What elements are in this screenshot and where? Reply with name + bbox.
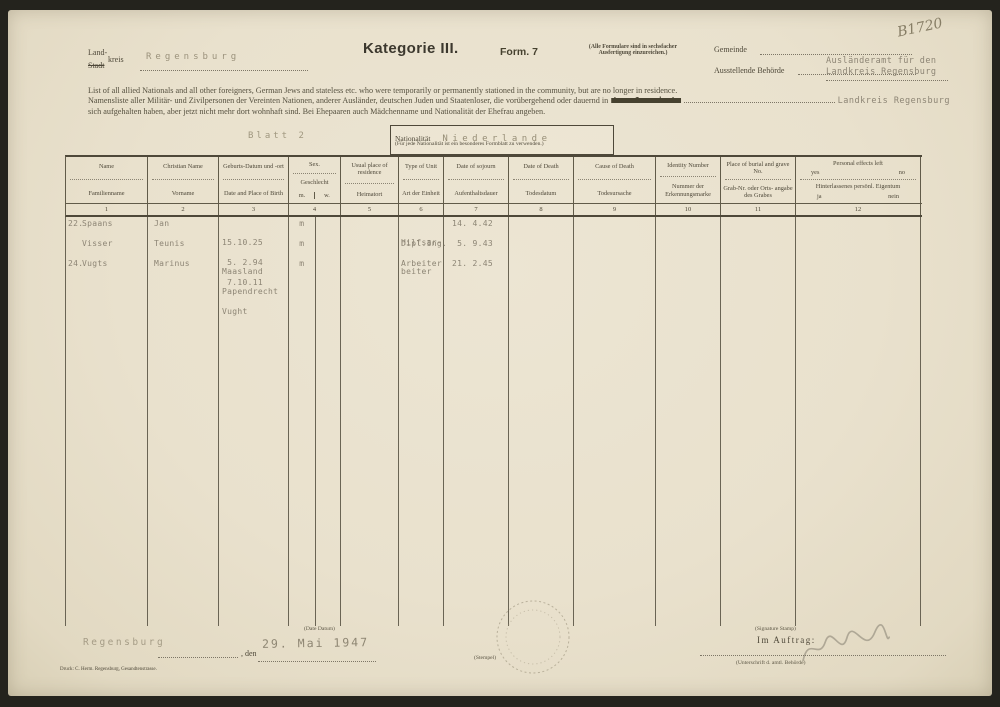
colnum-10: 10 <box>656 204 721 215</box>
col-header-sojourn: Date of sojourn Aufenthaltsdauer <box>444 157 509 203</box>
signature-squiggle <box>792 619 896 671</box>
row1-vorname: Jan <box>154 219 218 239</box>
form-note: (Alle Formulare sind in sechsfacher Ausf… <box>560 44 706 56</box>
col4-w-label: w. <box>315 192 339 199</box>
colnum-4: 4 <box>289 204 341 215</box>
col8-en: Date of Death <box>510 163 572 170</box>
land-label: Land- <box>88 48 107 57</box>
blatt-number: Blatt 2 <box>248 131 307 141</box>
body-col-death-cause <box>574 217 656 626</box>
col-header-death-date: Date of Death Todesdatum <box>509 157 574 203</box>
round-stamp-graphic <box>494 598 572 676</box>
colnum-9: 9 <box>574 204 656 215</box>
col11-sep <box>725 179 791 180</box>
footer-date-dotline <box>258 661 376 662</box>
col12-ja: ja <box>817 193 822 200</box>
scanned-form-page: B1720 Land- kreis Stadt Regensburg Kateg… <box>8 10 992 696</box>
col4-mw-row: m. w. <box>290 192 339 199</box>
footer-signature-dotline <box>700 655 946 656</box>
nationality-note: (Für jede Nationalität ist ein besondere… <box>395 141 609 147</box>
footer-unterschrift-note: (Unterschrift d. amtl. Behörde) <box>736 660 805 666</box>
behoerde-label: Ausstellende Behörde <box>714 66 784 75</box>
row2-sojourn: 5. 9.43 <box>452 239 508 259</box>
body-col-residence <box>341 217 399 626</box>
behoerde-value-underline <box>826 80 948 81</box>
col1-sep <box>70 179 143 180</box>
gemeinde-label: Gemeinde <box>714 45 747 54</box>
col9-sep <box>578 179 651 180</box>
footer-print-note: Druck: C. Herm. Regensburg, Gesandtenstr… <box>60 667 157 672</box>
col6-en: Type of Unit <box>400 163 442 170</box>
col-header-name: Name Familienname <box>66 157 148 203</box>
body-col-unit: Hilfsar- beiter Dipl.Ing. Arbeiter <box>399 217 444 626</box>
colnum-5: 5 <box>341 204 399 215</box>
intro-line-en: List of all allied Nationals and all oth… <box>88 86 950 96</box>
col8-de: Todesdatum <box>510 190 572 197</box>
behoerde-value-line2: Landkreis Regensburg <box>826 67 936 77</box>
row2-unit: Dipl.Ing. <box>401 239 443 259</box>
kategorie-title: Kategorie III. <box>363 40 459 57</box>
col-header-identity: Identity Number Nummer der Erkennungsmar… <box>656 157 721 203</box>
row1-name: Spaans <box>82 219 113 228</box>
col-header-christian-name: Christian Name Vorname <box>148 157 219 203</box>
colnum-2: 2 <box>148 204 219 215</box>
body-col-burial <box>721 217 796 626</box>
col12-en: Personal effects left <box>797 160 919 167</box>
col12-ja-nein: ja nein <box>797 193 919 200</box>
kreis-label: kreis <box>108 55 124 64</box>
body-col-sojourn: 14. 4.42 5. 9.43 21. 2.45 <box>444 217 509 626</box>
table-body: 22.Spaans Visser 24.Vugts Jan Teunis Mar… <box>65 217 922 626</box>
col4-en: Sex. <box>290 161 339 168</box>
nationality-box: Nationalität Niederlande (Für jede Natio… <box>390 125 614 155</box>
persons-table: Name Familienname Christian Name Vorname… <box>65 155 922 626</box>
colnum-8: 8 <box>509 204 574 215</box>
col-header-residence: Usual place of residence Heimatort <box>341 157 399 203</box>
row1-sojourn: 14. 4.42 <box>452 219 508 239</box>
col-header-sex: Sex. Geschlecht m. w. <box>289 157 341 203</box>
body-col-sex: m m m <box>289 217 341 626</box>
row3-vorname: Marinus <box>154 259 218 279</box>
table-number-row: 1 2 3 4 5 6 7 8 9 10 11 12 <box>65 203 922 217</box>
col1-de: Familienname <box>67 190 146 197</box>
footer-date-note: (Date Datum) <box>304 626 335 632</box>
col9-de: Todesursache <box>575 190 654 197</box>
col4-m-label: m. <box>290 192 315 199</box>
col4-de: Geschlecht <box>290 179 339 186</box>
col7-sep <box>448 179 504 180</box>
col11-en: Place of burial and grave No. <box>722 161 794 176</box>
col12-nein: nein <box>888 193 899 200</box>
footer-place-dotline <box>158 657 238 658</box>
body-col-death-date <box>509 217 574 626</box>
row3-name: Vugts <box>82 259 108 268</box>
col7-de: Aufenthaltsdauer <box>445 190 507 197</box>
row3-sojourn: 21. 2.45 <box>452 259 508 279</box>
col5-de: Heimatort <box>342 191 397 198</box>
row2-sex-slot: m <box>289 239 340 259</box>
col3-de: Geburts-Datum und -ort <box>220 163 287 170</box>
col6-de: Art der Einheit <box>400 190 442 197</box>
row1-unit: Hilfsar- beiter <box>401 219 443 239</box>
col-header-effects: Personal effects left yes no Hinterlasse… <box>796 157 921 203</box>
table-row: 22.Spaans <box>72 219 147 239</box>
form-note-line2: Ausfertigung einzureichen.) <box>560 50 706 56</box>
form-number: Form. 7 <box>500 46 538 58</box>
row3-number: 24. <box>68 259 82 269</box>
row3-sex-slot: m <box>289 259 340 279</box>
col12-de: Hinterlassenes persönl. Eigentum <box>797 183 919 190</box>
col5-sep <box>345 183 394 184</box>
col-header-burial: Place of burial and grave No. Grab-Nr. o… <box>721 157 796 203</box>
intro-dot-filler <box>684 102 835 103</box>
col12-yes: yes <box>811 169 819 176</box>
col6-sep <box>403 179 439 180</box>
footer-place: Regensburg <box>83 637 165 648</box>
col12-no: no <box>899 169 905 176</box>
row3-sex: m <box>289 259 315 269</box>
colnum-1: 1 <box>66 204 148 215</box>
row2-vorname: Teunis <box>154 239 218 259</box>
col12-sep <box>800 179 916 180</box>
col-header-birth: Geburts-Datum und -ort Date and Place of… <box>219 157 289 203</box>
col11-de: Grab-Nr. oder Orts- angabe des Grabes <box>722 185 794 200</box>
intro-struck-gemeinde: der Gemeinde <box>611 96 681 105</box>
table-header-row: Name Familienname Christian Name Vorname… <box>65 155 922 203</box>
col3-sep <box>223 179 284 180</box>
col-header-death-cause: Cause of Death Todesursache <box>574 157 656 203</box>
col2-de: Vorname <box>149 190 217 197</box>
handwritten-ref-number: B1720 <box>896 15 944 40</box>
body-col-name: 22.Spaans Visser 24.Vugts <box>66 217 148 626</box>
col7-en: Date of sojourn <box>445 163 507 170</box>
col10-de: Nummer der Erkennungsmarke <box>657 183 719 198</box>
table-row: Visser <box>72 239 147 259</box>
kreis-block: Land- kreis Stadt Regensburg <box>88 48 328 78</box>
stadt-label-struck: Stadt <box>88 61 104 70</box>
row1-sex: m <box>289 219 315 229</box>
intro-landkreis-value: Landkreis Regensburg <box>838 96 950 106</box>
kreis-dotline <box>140 70 308 71</box>
kreis-value: Regensburg <box>146 52 240 62</box>
col3-en: Date and Place of Birth <box>220 190 287 197</box>
footer-date-stamp: 29. Mai 1947 <box>262 635 369 651</box>
footer-stempel-label: (Stempel) <box>474 655 496 661</box>
col2-en: Christian Name <box>149 163 217 170</box>
col9-en: Cause of Death <box>575 163 654 170</box>
col4-sep <box>293 173 336 174</box>
table-row: 24.Vugts <box>72 259 147 279</box>
row1-sex-slot: m <box>289 219 340 239</box>
row2-sex: m <box>289 239 315 249</box>
body-col-effects <box>796 217 921 626</box>
row2-birth-place: Papendrecht <box>222 287 288 297</box>
row2-name: Visser <box>82 239 113 248</box>
colnum-12: 12 <box>796 204 921 215</box>
footer-den-label: , den <box>241 649 257 658</box>
body-col-birth: 15.10.25 Maasland 5. 2.94 Papendrecht 7.… <box>219 217 289 626</box>
col5-en: Usual place of residence <box>342 162 397 177</box>
col12-yes-no: yes no <box>797 169 919 176</box>
signature-handwriting <box>792 619 896 676</box>
col1-en: Name <box>67 163 146 170</box>
col10-en: Identity Number <box>657 162 719 169</box>
colnum-11: 11 <box>721 204 796 215</box>
body-col-vorname: Jan Teunis Marinus <box>148 217 219 626</box>
body-col-identity <box>656 217 721 626</box>
row1-number: 22. <box>68 219 82 229</box>
col8-sep <box>513 179 569 180</box>
col10-sep <box>660 176 716 177</box>
row1-birth: 15.10.25 Maasland <box>222 219 288 239</box>
round-stamp <box>494 598 572 676</box>
gemeinde-dotline <box>760 54 912 55</box>
colnum-3: 3 <box>219 204 289 215</box>
col-header-unit: Type of Unit Art der Einheit <box>399 157 444 203</box>
footer-signature-stamp-note: (Signature Stamp) <box>755 626 796 632</box>
col2-sep <box>152 179 214 180</box>
behoerde-value-line1: Ausländeramt für den <box>826 56 936 66</box>
intro-de1-text: Namensliste aller Militär- und Zivilpers… <box>88 96 608 105</box>
intro-line-de1: Namensliste aller Militär- und Zivilpers… <box>88 96 950 106</box>
colnum-6: 6 <box>399 204 444 215</box>
intro-line-de2: sich aufgehalten haben, aber jetzt nicht… <box>88 107 950 117</box>
intro-paragraph: List of all allied Nationals and all oth… <box>88 86 950 117</box>
screenshot-root: { "document": { "ref_handwritten": "B172… <box>0 0 1000 707</box>
colnum-7: 7 <box>444 204 509 215</box>
